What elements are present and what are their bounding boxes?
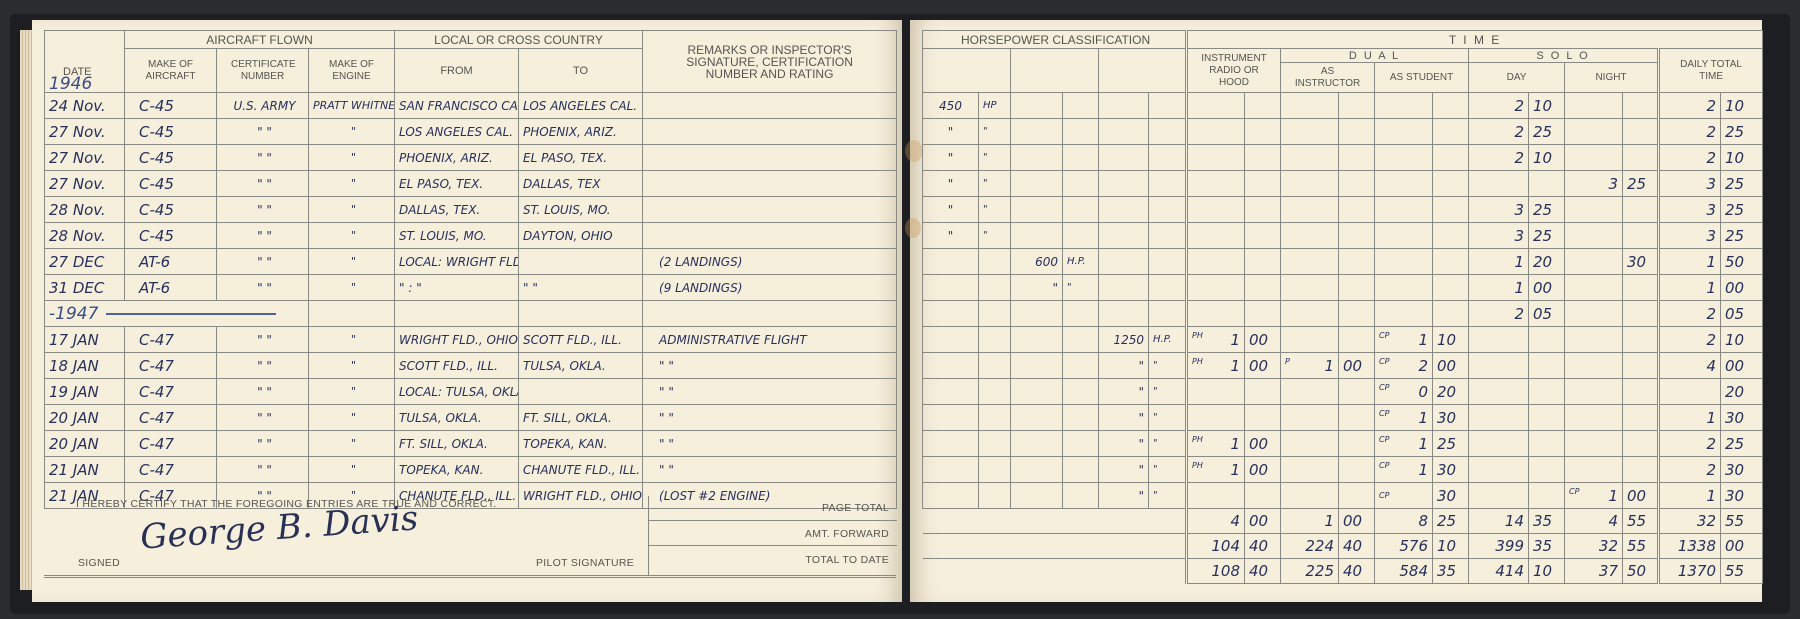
daily-total-hours (1659, 379, 1721, 405)
grand-total-hours: 1370 (1659, 559, 1721, 584)
solo-day-minutes: 00 (1529, 275, 1565, 301)
log-entry-row: 21 JAN C-47 " " " TOPEKA, KAN. CHANUTE F… (45, 457, 897, 483)
entry-engine: " (309, 223, 395, 249)
daily-total-hours: 1 (1659, 249, 1721, 275)
solo-night-hours (1565, 275, 1623, 301)
solo-day-hours (1469, 327, 1529, 353)
student-minutes (1433, 197, 1469, 223)
solo-day-hours (1469, 457, 1529, 483)
entry-remarks (643, 119, 897, 145)
hp-450-unit (979, 249, 1011, 275)
student-minutes: 30 (1433, 457, 1469, 483)
student-hours: CP0 (1375, 379, 1433, 405)
total-student-hours: 8 (1375, 509, 1433, 534)
daily-total-minutes: 50 (1721, 249, 1763, 275)
hp-600-unit (1063, 301, 1099, 327)
entry-date: 27 Nov. (45, 119, 125, 145)
solo-day-minutes: 10 (1529, 145, 1565, 171)
daily-total-minutes: 05 (1721, 301, 1763, 327)
solo-night-minutes: 00 (1623, 483, 1659, 509)
total-student-minutes: 25 (1433, 509, 1469, 534)
instrument-minutes: 00 (1245, 457, 1281, 483)
entry-aircraft: C-47 (125, 379, 217, 405)
solo-night-hours (1565, 249, 1623, 275)
solo-day-minutes (1529, 483, 1565, 509)
entry-engine: " (309, 431, 395, 457)
instructor-hours (1281, 275, 1339, 301)
make-of-engine-header: MAKE OF ENGINE (309, 49, 395, 93)
time-entry-row: " " 2 25 2 25 (923, 119, 1763, 145)
hp-600-unit (1063, 457, 1099, 483)
grand-total-hours: 32 (1659, 509, 1721, 534)
solo-day-minutes: 25 (1529, 197, 1565, 223)
hp-450-unit (979, 457, 1011, 483)
hp-1250-unit (1149, 93, 1187, 119)
hp-600-value (1011, 119, 1063, 145)
student-hours (1375, 119, 1433, 145)
time-entry-row: " " 3 25 3 25 (923, 223, 1763, 249)
entry-engine: PRATT WHITNEY (309, 93, 395, 119)
time-entry-row: 450 HP 2 10 2 10 (923, 93, 1763, 119)
solo-night-hours (1565, 145, 1623, 171)
hp-col-3 (1099, 49, 1187, 93)
hp-600-value: " (1011, 275, 1063, 301)
daily-total-hours: 2 (1659, 301, 1721, 327)
hp-450-unit: " (979, 119, 1011, 145)
pilot-signature-label: PILOT SIGNATURE (536, 553, 634, 571)
entry-engine: " (309, 171, 395, 197)
solo-day-hours: 3 (1469, 223, 1529, 249)
year-1947: -1947 (49, 304, 98, 324)
entry-aircraft: C-45 (125, 119, 217, 145)
entry-from: ST. LOUIS, MO. (395, 223, 519, 249)
hp-600-value (1011, 223, 1063, 249)
hp-450-unit: " (979, 145, 1011, 171)
entry-to: FT. SILL, OKLA. (519, 405, 643, 431)
hp-450-unit: " (979, 171, 1011, 197)
entry-engine: " (309, 379, 395, 405)
total-day-minutes: 35 (1529, 509, 1565, 534)
hp-1250-value: " (1099, 353, 1149, 379)
stain (905, 140, 923, 162)
daily-total-minutes: 30 (1721, 483, 1763, 509)
hp-600-value (1011, 327, 1063, 353)
hp-450-value (923, 457, 979, 483)
total-instrument-minutes: 40 (1245, 559, 1281, 584)
entry-aircraft: AT-6 (125, 275, 217, 301)
hp-450-value (923, 327, 979, 353)
date-header: DATE 1946 (45, 31, 125, 93)
student-minutes (1433, 223, 1469, 249)
daily-total-minutes: 00 (1721, 353, 1763, 379)
hp-1250-value (1099, 93, 1149, 119)
instrument-minutes (1245, 483, 1281, 509)
entry-from: PHOENIX, ARIZ. (395, 145, 519, 171)
solo-day-hours: 1 (1469, 275, 1529, 301)
hp-600-unit (1063, 93, 1099, 119)
solo-day-minutes (1529, 457, 1565, 483)
daily-total-hours: 1 (1659, 275, 1721, 301)
solo-day-hours: 1 (1469, 249, 1529, 275)
instrument-minutes: 00 (1245, 353, 1281, 379)
log-entry-row: 27 Nov. C-45 " " " PHOENIX, ARIZ. EL PAS… (45, 145, 897, 171)
solo-night-hours: CP1 (1565, 483, 1623, 509)
log-entry-row: 17 JAN C-47 " " " WRIGHT FLD., OHIO SCOT… (45, 327, 897, 353)
entry-remarks: " " (643, 405, 897, 431)
instructor-hours (1281, 405, 1339, 431)
solo-night-minutes (1623, 275, 1659, 301)
grand-total-hours: 1338 (1659, 534, 1721, 559)
log-entry-row: 27 Nov. C-45 " " " LOS ANGELES CAL. PHOE… (45, 119, 897, 145)
instrument-minutes (1245, 275, 1281, 301)
entry-remarks (643, 301, 897, 327)
page-total-label: PAGE TOTAL (649, 496, 897, 521)
entry-date: 18 JAN (45, 353, 125, 379)
hp-600-value (1011, 379, 1063, 405)
instrument-minutes (1245, 379, 1281, 405)
student-hours (1375, 275, 1433, 301)
solo-day-hours: 2 (1469, 145, 1529, 171)
horsepower-header: HORSEPOWER CLASSIFICATION (923, 31, 1187, 49)
solo-night-hours (1565, 197, 1623, 223)
hp-1250-value (1099, 249, 1149, 275)
time-entry-row: " " CP0 20 20 (923, 379, 1763, 405)
hp-600-unit (1063, 145, 1099, 171)
student-minutes (1433, 93, 1469, 119)
stain (905, 218, 921, 238)
entry-from: TULSA, OKLA. (395, 405, 519, 431)
log-entry-row: 24 Nov. C-45 U.S. ARMY PRATT WHITNEY SAN… (45, 93, 897, 119)
hp-450-unit: HP (979, 93, 1011, 119)
daily-total-minutes: 25 (1721, 119, 1763, 145)
entry-remarks: " " (643, 353, 897, 379)
entry-certificate: " " (217, 379, 309, 405)
solo-night-minutes (1623, 457, 1659, 483)
instructor-minutes (1339, 197, 1375, 223)
instructor-minutes (1339, 379, 1375, 405)
solo-night-hours (1565, 405, 1623, 431)
total-student-hours: 584 (1375, 559, 1433, 584)
instructor-hours (1281, 249, 1339, 275)
night-header: NIGHT (1565, 63, 1659, 93)
hp-450-value (923, 483, 979, 509)
student-hours (1375, 223, 1433, 249)
instructor-hours (1281, 327, 1339, 353)
total-instrument-hours: 108 (1187, 559, 1245, 584)
time-entry-row: " " CP1 30 1 30 (923, 405, 1763, 431)
entry-to: TOPEKA, KAN. (519, 431, 643, 457)
hp-450-unit (979, 483, 1011, 509)
hp-600-unit (1063, 171, 1099, 197)
hp-450-unit (979, 405, 1011, 431)
hp-450-value (923, 353, 979, 379)
log-entry-row: 19 JAN C-47 " " " LOCAL: TULSA, OKLA. " … (45, 379, 897, 405)
entry-certificate: " " (217, 405, 309, 431)
solo-night-minutes (1623, 301, 1659, 327)
hp-600-unit (1063, 353, 1099, 379)
entry-certificate: " " (217, 457, 309, 483)
log-entry-row: 27 Nov. C-45 " " " EL PASO, TEX. DALLAS,… (45, 171, 897, 197)
total-night-hours: 32 (1565, 534, 1623, 559)
solo-day-hours: 3 (1469, 197, 1529, 223)
solo-day-minutes (1529, 431, 1565, 457)
time-entry-row: " " 3 25 3 25 (923, 197, 1763, 223)
hp-450-unit (979, 379, 1011, 405)
entry-to: " " (519, 275, 643, 301)
total-night-minutes: 55 (1623, 509, 1659, 534)
amt-forward-label: AMT. FORWARD (649, 521, 897, 546)
instrument-hours: PH1 (1187, 457, 1245, 483)
entry-engine: " (309, 275, 395, 301)
entry-aircraft: C-47 (125, 327, 217, 353)
hp-col-2 (1011, 49, 1099, 93)
instructor-hours (1281, 223, 1339, 249)
hp-1250-value (1099, 197, 1149, 223)
hp-450-value (923, 275, 979, 301)
entry-remarks: (9 LANDINGS) (643, 275, 897, 301)
hp-col-1 (923, 49, 1011, 93)
student-hours (1375, 171, 1433, 197)
entry-from: WRIGHT FLD., OHIO (395, 327, 519, 353)
daily-total-hours: 3 (1659, 197, 1721, 223)
hp-1250-unit (1149, 119, 1187, 145)
hp-1250-value (1099, 301, 1149, 327)
hp-1250-value: " (1099, 379, 1149, 405)
entry-from: FT. SILL, OKLA. (395, 431, 519, 457)
total-instrument-minutes: 40 (1245, 534, 1281, 559)
instructor-minutes (1339, 145, 1375, 171)
total-student-hours: 576 (1375, 534, 1433, 559)
student-hours (1375, 197, 1433, 223)
instructor-minutes (1339, 249, 1375, 275)
entry-from: LOCAL: TULSA, OKLA. (395, 379, 519, 405)
daily-total-hours: 2 (1659, 457, 1721, 483)
daily-total-minutes: 10 (1721, 93, 1763, 119)
solo-night-minutes (1623, 93, 1659, 119)
entry-remarks (643, 197, 897, 223)
hp-1250-value (1099, 171, 1149, 197)
entry-to: WRIGHT FLD., OHIO (519, 483, 643, 509)
entry-certificate: " " (217, 353, 309, 379)
solo-day-hours (1469, 431, 1529, 457)
solo-night-minutes (1623, 197, 1659, 223)
solo-night-hours (1565, 119, 1623, 145)
daily-total-hours: 2 (1659, 327, 1721, 353)
log-entry-row: 18 JAN C-47 " " " SCOTT FLD., ILL. TULSA… (45, 353, 897, 379)
daily-total-minutes: 00 (1721, 275, 1763, 301)
time-entry-row: " " PH1 00 P1 00 CP2 00 4 00 (923, 353, 1763, 379)
solo-day-hours (1469, 405, 1529, 431)
solo-night-hours (1565, 327, 1623, 353)
solo-day-minutes (1529, 353, 1565, 379)
solo-night-hours: 3 (1565, 171, 1623, 197)
instrument-minutes: 00 (1245, 431, 1281, 457)
log-entry-row: 28 Nov. C-45 " " " DALLAS, TEX. ST. LOUI… (45, 197, 897, 223)
instrument-hours (1187, 119, 1245, 145)
instructor-minutes: 00 (1339, 353, 1375, 379)
total-day-minutes: 35 (1529, 534, 1565, 559)
flight-log-left-table: DATE 1946 AIRCRAFT FLOWN LOCAL OR CROSS … (44, 30, 897, 509)
entry-date: 27 DEC (45, 249, 125, 275)
daily-total-hours: 2 (1659, 145, 1721, 171)
time-entry-row: " " PH1 00 CP1 30 2 30 (923, 457, 1763, 483)
entry-aircraft: C-47 (125, 353, 217, 379)
instrument-minutes (1245, 405, 1281, 431)
total-instructor-minutes: 40 (1339, 534, 1375, 559)
entry-to (519, 249, 643, 275)
entry-to: ST. LOUIS, MO. (519, 197, 643, 223)
solo-day-hours: 2 (1469, 301, 1529, 327)
log-entry-row: 28 Nov. C-45 " " " ST. LOUIS, MO. DAYTON… (45, 223, 897, 249)
as-student-header: AS STUDENT (1375, 63, 1469, 93)
remarks-header: REMARKS OR INSPECTOR'S SIGNATURE, CERTIF… (643, 31, 897, 93)
total-day-minutes: 10 (1529, 559, 1565, 584)
student-minutes: 00 (1433, 353, 1469, 379)
instructor-hours (1281, 171, 1339, 197)
entry-engine: " (309, 457, 395, 483)
hp-600-value (1011, 197, 1063, 223)
hp-600-unit (1063, 197, 1099, 223)
instrument-hours (1187, 93, 1245, 119)
instrument-header: INSTRUMENT RADIO OR HOOD (1187, 49, 1281, 93)
solo-night-hours (1565, 431, 1623, 457)
time-entry-row: 2 05 2 05 (923, 301, 1763, 327)
total-instructor-hours: 225 (1281, 559, 1339, 584)
entry-to: TULSA, OKLA. (519, 353, 643, 379)
instructor-hours (1281, 301, 1339, 327)
entry-remarks: " " (643, 431, 897, 457)
student-hours: CP1 (1375, 327, 1433, 353)
instrument-hours (1187, 275, 1245, 301)
instrument-minutes (1245, 93, 1281, 119)
instructor-minutes (1339, 93, 1375, 119)
solo-night-minutes (1623, 353, 1659, 379)
solo-day-minutes: 20 (1529, 249, 1565, 275)
entry-engine: " (309, 145, 395, 171)
entry-aircraft: C-45 (125, 171, 217, 197)
time-entry-row: " " PH1 00 CP1 25 2 25 (923, 431, 1763, 457)
total-student-minutes: 35 (1433, 559, 1469, 584)
hp-450-unit (979, 353, 1011, 379)
entry-from: TOPEKA, KAN. (395, 457, 519, 483)
hp-600-value (1011, 301, 1063, 327)
total-night-hours: 37 (1565, 559, 1623, 584)
hp-1250-unit: H.P. (1149, 327, 1187, 353)
hp-450-value: " (923, 119, 979, 145)
time-entry-row: 1250 H.P. PH1 00 CP1 10 2 10 (923, 327, 1763, 353)
log-entry-row: 27 DEC AT-6 " " " LOCAL: WRIGHT FLD., OH… (45, 249, 897, 275)
daily-total-minutes: 25 (1721, 431, 1763, 457)
certificate-number-header: CERTIFICATE NUMBER (217, 49, 309, 93)
hp-450-value: " (923, 223, 979, 249)
grand-total-minutes: 00 (1721, 534, 1763, 559)
total-instrument-hours: 104 (1187, 534, 1245, 559)
student-hours (1375, 93, 1433, 119)
solo-night-minutes (1623, 379, 1659, 405)
entry-engine: " (309, 249, 395, 275)
hp-600-unit (1063, 327, 1099, 353)
hp-1250-value: " (1099, 483, 1149, 509)
instrument-minutes (1245, 223, 1281, 249)
solo-header: S O L O (1469, 49, 1659, 63)
hp-600-unit (1063, 119, 1099, 145)
hp-600-value (1011, 431, 1063, 457)
hp-1250-unit: " (1149, 483, 1187, 509)
from-header: FROM (395, 49, 519, 93)
entry-from: SCOTT FLD., ILL. (395, 353, 519, 379)
hp-450-unit (979, 327, 1011, 353)
entry-to (519, 301, 643, 327)
solo-day-minutes (1529, 171, 1565, 197)
total-instrument-hours: 4 (1187, 509, 1245, 534)
grand-total-minutes: 55 (1721, 559, 1763, 584)
instrument-minutes (1245, 197, 1281, 223)
entry-date: 28 Nov. (45, 197, 125, 223)
time-entry-row: " " 2 10 2 10 (923, 145, 1763, 171)
instrument-hours (1187, 379, 1245, 405)
dual-header: D U A L (1281, 49, 1469, 63)
hp-1250-unit: " (1149, 379, 1187, 405)
solo-night-minutes (1623, 405, 1659, 431)
hp-1250-unit: " (1149, 405, 1187, 431)
student-hours: CP (1375, 483, 1433, 509)
daily-total-hours: 2 (1659, 93, 1721, 119)
hp-1250-unit (1149, 249, 1187, 275)
entry-date: 28 Nov. (45, 223, 125, 249)
hp-1250-unit (1149, 301, 1187, 327)
hp-600-value (1011, 145, 1063, 171)
entry-certificate: " " (217, 223, 309, 249)
student-minutes (1433, 275, 1469, 301)
solo-night-minutes: 30 (1623, 249, 1659, 275)
hp-1250-value (1099, 145, 1149, 171)
solo-day-minutes: 05 (1529, 301, 1565, 327)
instrument-hours (1187, 171, 1245, 197)
student-minutes: 30 (1433, 483, 1469, 509)
hp-450-unit: " (979, 197, 1011, 223)
to-header: TO (519, 49, 643, 93)
log-entry-row: 31 DEC AT-6 " " " " : " " " (9 LANDINGS) (45, 275, 897, 301)
daily-total-hours: 1 (1659, 405, 1721, 431)
hp-450-value (923, 431, 979, 457)
hp-600-value (1011, 171, 1063, 197)
entry-aircraft: C-45 (125, 223, 217, 249)
solo-night-hours (1565, 301, 1623, 327)
solo-day-hours: 2 (1469, 93, 1529, 119)
total-night-hours: 4 (1565, 509, 1623, 534)
daily-total-hours: 4 (1659, 353, 1721, 379)
student-minutes: 10 (1433, 327, 1469, 353)
daily-total-minutes: 10 (1721, 145, 1763, 171)
student-minutes: 25 (1433, 431, 1469, 457)
entry-from: LOCAL: WRIGHT FLD., OHIO (395, 249, 519, 275)
total-night-minutes: 55 (1623, 534, 1659, 559)
hp-450-unit: " (979, 223, 1011, 249)
entry-certificate: " " (217, 119, 309, 145)
daily-total-minutes: 25 (1721, 171, 1763, 197)
total-to-date-label: TOTAL TO DATE (649, 546, 897, 572)
instructor-hours (1281, 197, 1339, 223)
solo-day-minutes: 25 (1529, 119, 1565, 145)
entry-from: " : " (395, 275, 519, 301)
hp-600-unit: " (1063, 275, 1099, 301)
entry-to: LOS ANGELES CAL. (519, 93, 643, 119)
hp-600-value: 600 (1011, 249, 1063, 275)
hp-450-unit (979, 431, 1011, 457)
hp-600-unit: H.P. (1063, 249, 1099, 275)
solo-night-minutes (1623, 119, 1659, 145)
solo-night-minutes (1623, 223, 1659, 249)
